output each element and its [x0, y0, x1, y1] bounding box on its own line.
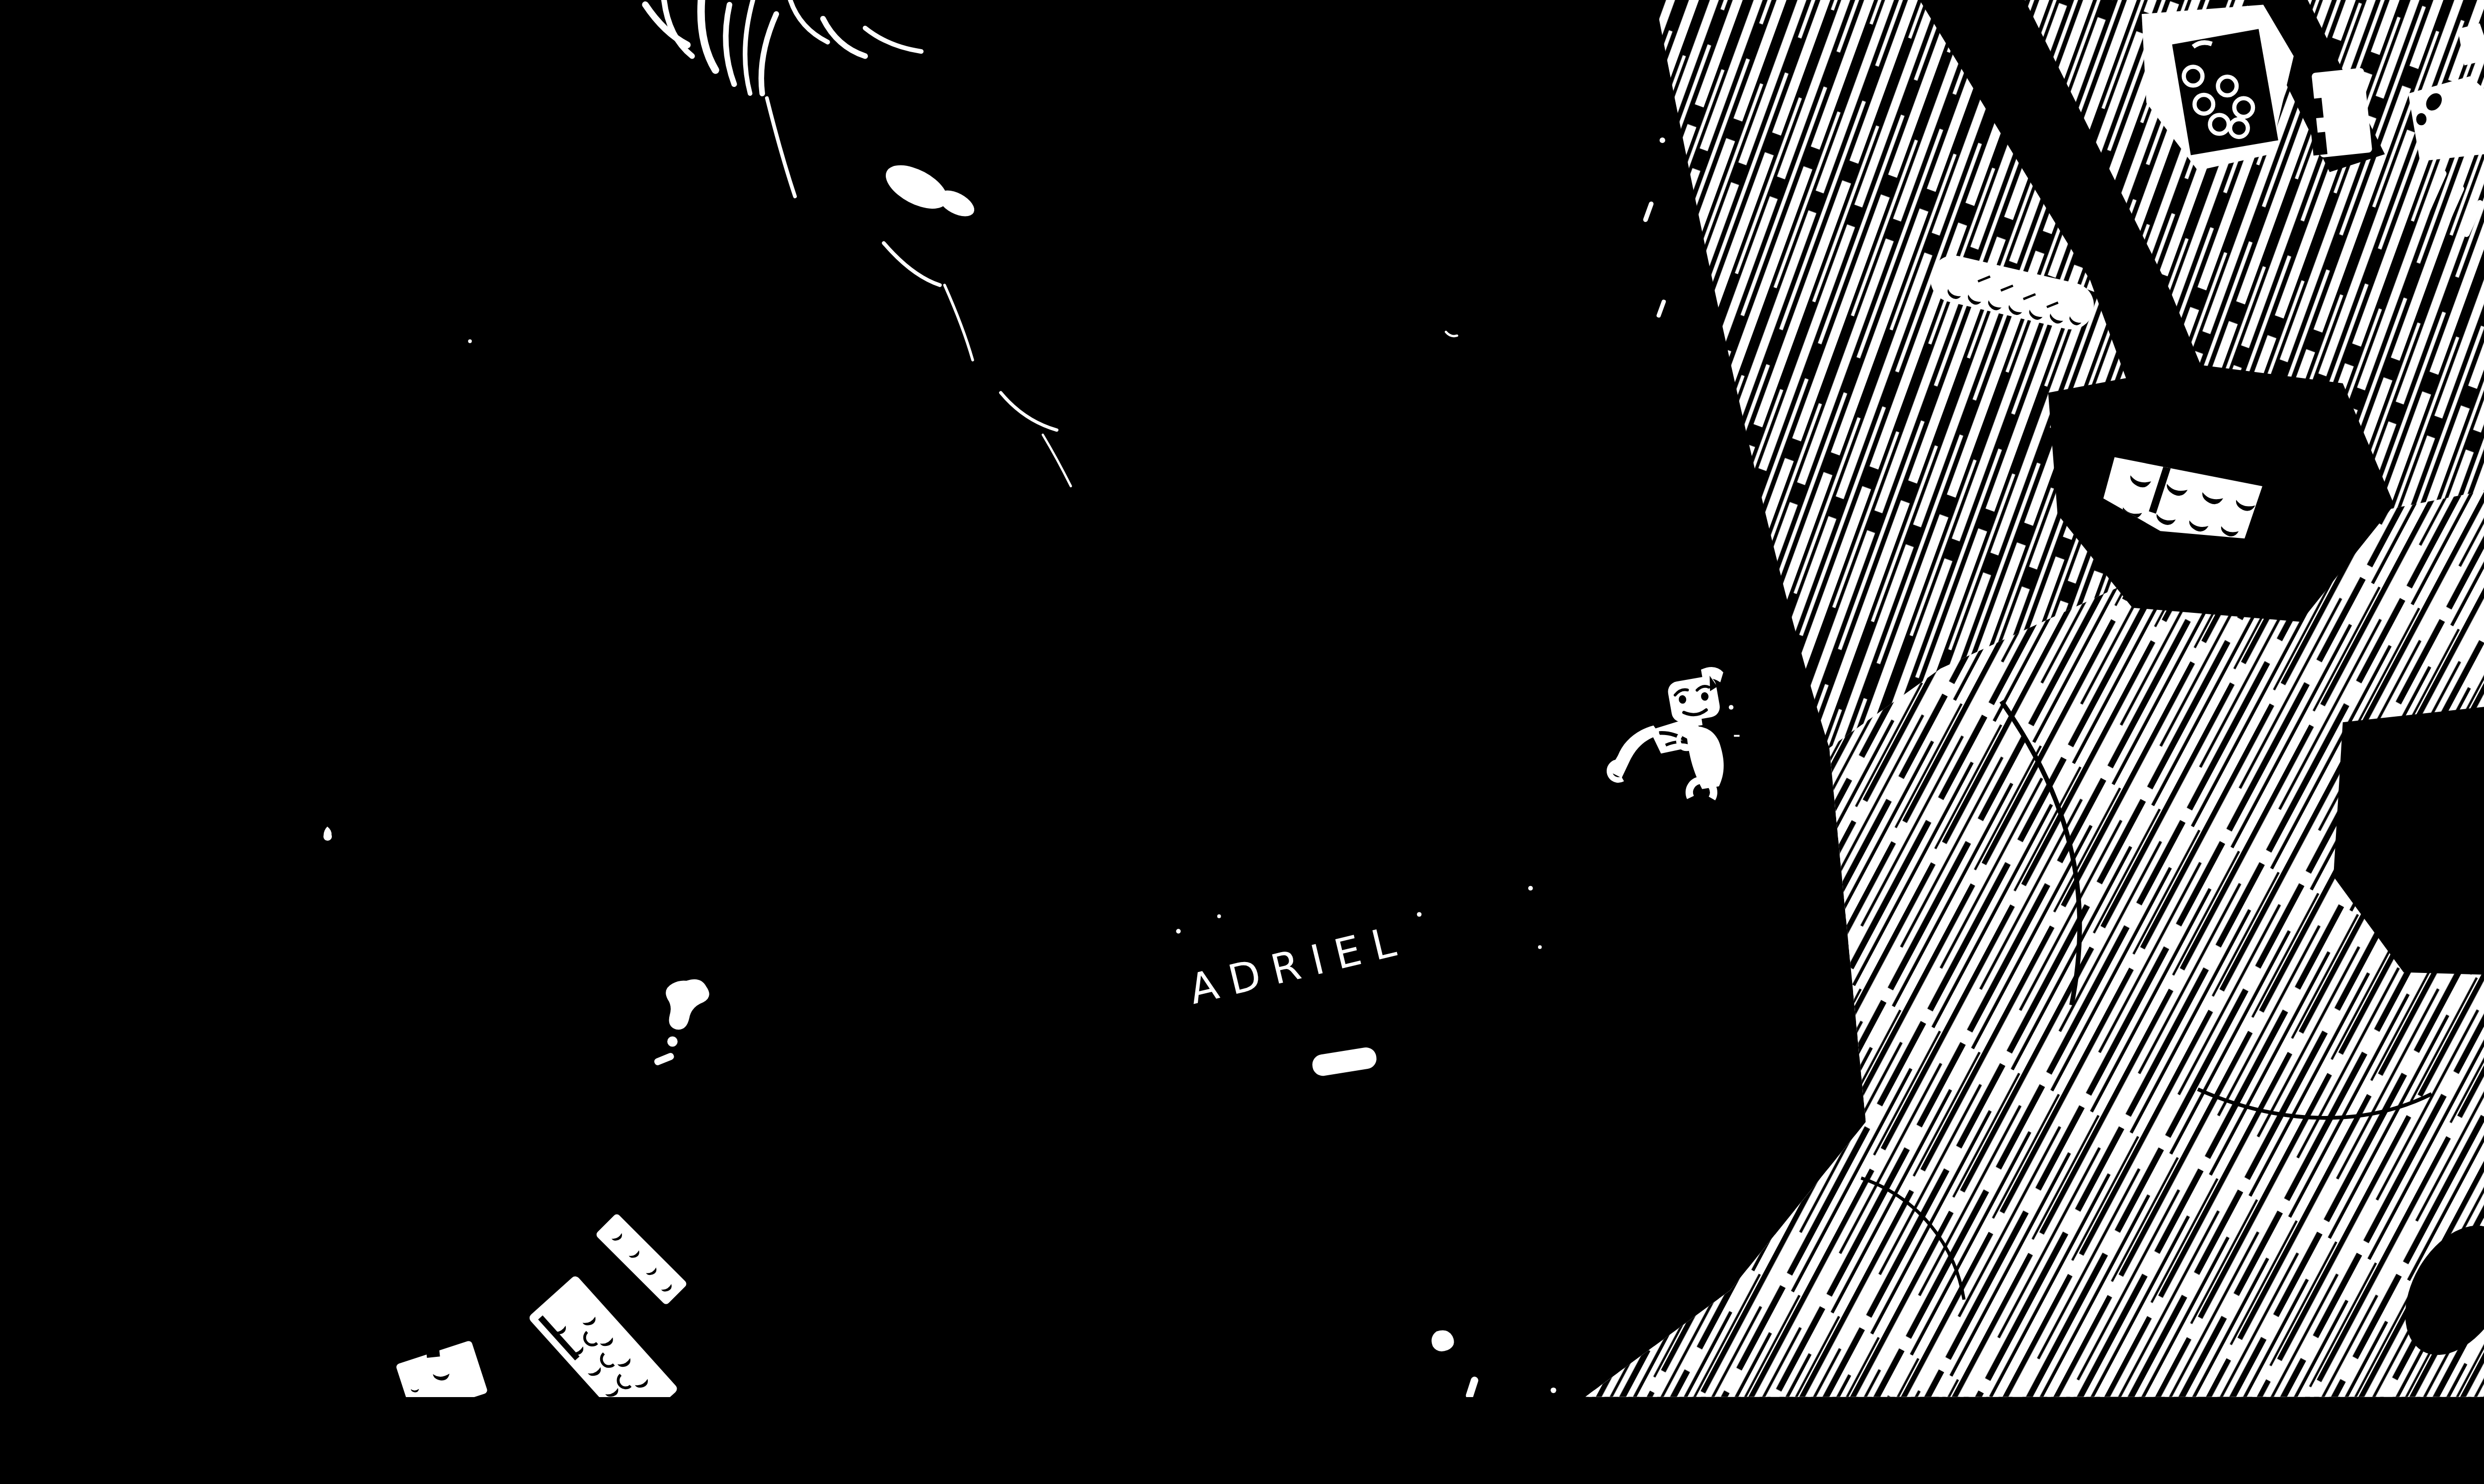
corner-tile-mark-2 [2416, 113, 2427, 125]
white-tile-brick [2305, 68, 2372, 158]
bw-threshold-photo: ADRIEL [0, 0, 2484, 1397]
minifig-speck [1729, 705, 1733, 709]
threshold-photo-canvas: ADRIEL [0, 0, 2484, 1397]
minifig-speck-2 [1734, 735, 1739, 737]
brick-corner-notch [426, 1349, 440, 1358]
